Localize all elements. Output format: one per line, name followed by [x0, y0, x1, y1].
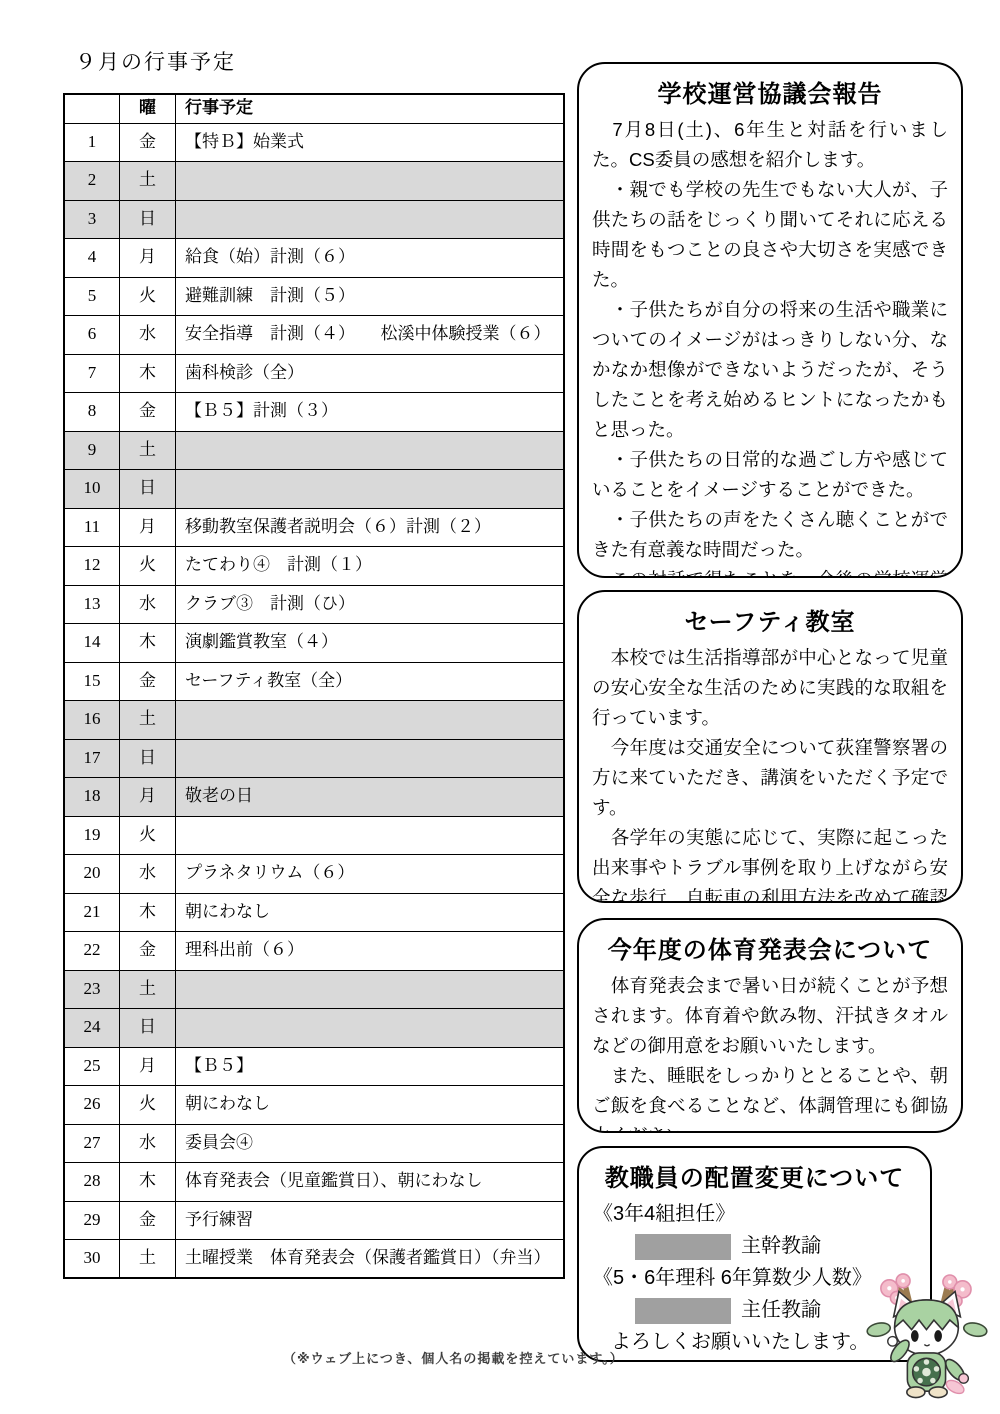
- calendar-cell-date: 24: [64, 1009, 120, 1048]
- calendar-cell-event: クラブ③ 計測（ひ）: [176, 585, 565, 624]
- calendar-cell-event: プラネタリウム（６）: [176, 855, 565, 894]
- staff-line-redacted: 主幹教諭: [589, 1230, 920, 1263]
- calendar-cell-date: 13: [64, 585, 120, 624]
- calendar-cell-day: 土: [120, 701, 176, 740]
- box-paragraph: 各学年の実態に応じて、実際に起こった出来事やトラブル事例を取り上げながら安全な歩…: [592, 823, 948, 903]
- calendar-cell-event: [176, 970, 565, 1009]
- calendar-cell-date: 23: [64, 970, 120, 1009]
- calendar-cell-event: [176, 431, 565, 470]
- calendar-cell-date: 17: [64, 739, 120, 778]
- calendar-row: 1金【特Ｂ】始業式: [64, 123, 564, 162]
- calendar-cell-day: 土: [120, 970, 176, 1009]
- box-paragraph: ・親でも学校の先生でもない大人が、子供たちの話をじっくり聞いてそれに応える時間を…: [592, 175, 948, 295]
- calendar-cell-date: 11: [64, 508, 120, 547]
- box-paragraph: ・子供たちの声をたくさん聴くことができた有意義な時間だった。: [592, 505, 948, 565]
- soccer-ball-icon: [913, 1358, 941, 1386]
- calendar-cell-date: 4: [64, 239, 120, 278]
- calendar-cell-day: 金: [120, 1201, 176, 1240]
- calendar-cell-day: 日: [120, 200, 176, 239]
- calendar-cell-event: [176, 739, 565, 778]
- web-privacy-note: （※ウェブ上につき、個人名の掲載を控えています。）: [283, 1348, 624, 1367]
- calendar-cell-day: 日: [120, 739, 176, 778]
- calendar-cell-event: 土曜授業 体育発表会（保護者鑑賞日）（弁当）: [176, 1240, 565, 1279]
- calendar-cell-date: 19: [64, 816, 120, 855]
- info-boxes: 学校運営協議会報告 7月8日(土)、6年生と対話を行いました。CS委員の感想を紹…: [577, 62, 963, 1362]
- calendar-cell-event: 給食（始）計測（６）: [176, 239, 565, 278]
- calendar-row: 18月敬老の日: [64, 778, 564, 817]
- calendar-cell-date: 9: [64, 431, 120, 470]
- calendar-cell-event: [176, 470, 565, 509]
- calendar-row: 22金理科出前（６）: [64, 932, 564, 971]
- calendar-cell-event: [176, 701, 565, 740]
- calendar-row: 26火朝にわなし: [64, 1086, 564, 1125]
- calendar-row: 21木朝にわなし: [64, 893, 564, 932]
- calendar-cell-date: 1: [64, 123, 120, 162]
- calendar-cell-day: 水: [120, 1124, 176, 1163]
- calendar-cell-date: 26: [64, 1086, 120, 1125]
- calendar-cell-date: 15: [64, 662, 120, 701]
- calendar-cell-date: 25: [64, 1047, 120, 1086]
- box-paragraph: 本校では生活指導部が中心となって児童の安心安全な生活のために実践的な取組を行って…: [592, 643, 948, 733]
- calendar-cell-day: 木: [120, 893, 176, 932]
- calendar-cell-event: 移動教室保護者説明会（６）計測（２）: [176, 508, 565, 547]
- calendar-cell-day: 金: [120, 123, 176, 162]
- calendar-cell-date: 16: [64, 701, 120, 740]
- calendar-cell-event: 理科出前（６）: [176, 932, 565, 971]
- info-box: 今年度の体育発表会について 体育発表会まで暑い日が続くことが予想されます。体育着…: [577, 918, 963, 1133]
- calendar-header-row: 曜 行事予定: [64, 94, 564, 123]
- staff-box-title: 教職員の配置変更について: [589, 1158, 920, 1193]
- box-title: 今年度の体育発表会について: [592, 930, 948, 965]
- calendar-cell-date: 3: [64, 200, 120, 239]
- box-title: 学校運営協議会報告: [592, 74, 948, 109]
- calendar-row: 4月給食（始）計測（６）: [64, 239, 564, 278]
- box-paragraph: ・子供たちが自分の将来の生活や職業についてのイメージがはっきりしない分、なかなか…: [592, 295, 948, 445]
- calendar-cell-day: 月: [120, 239, 176, 278]
- box-paragraph: この対話で得たことを、今後の学校運営への参画に活かしていくことを確認しました。: [592, 565, 948, 578]
- calendar-table: 曜 行事予定 1金【特Ｂ】始業式2土3日4月給食（始）計測（６）5火避難訓練 計…: [63, 93, 565, 1279]
- calendar-cell-day: 金: [120, 932, 176, 971]
- calendar-row: 29金予行練習: [64, 1201, 564, 1240]
- calendar-header-events: 行事予定: [176, 94, 565, 123]
- calendar-cell-date: 29: [64, 1201, 120, 1240]
- calendar-row: 7木歯科検診（全）: [64, 354, 564, 393]
- calendar-row: 11月移動教室保護者説明会（６）計測（２）: [64, 508, 564, 547]
- calendar-cell-date: 18: [64, 778, 120, 817]
- calendar-cell-event: 【Ｂ５】: [176, 1047, 565, 1086]
- calendar-cell-date: 12: [64, 547, 120, 586]
- newsletter-page: ９月の行事予定 曜 行事予定 1金【特Ｂ】始業式2土3日4月給食（始）計測（６）…: [0, 0, 1000, 1414]
- calendar-cell-date: 5: [64, 277, 120, 316]
- calendar-cell-day: 月: [120, 508, 176, 547]
- calendar-row: 6水安全指導 計測（４） 松溪中体験授業（６）: [64, 316, 564, 355]
- calendar-cell-day: 火: [120, 547, 176, 586]
- calendar-cell-date: 8: [64, 393, 120, 432]
- calendar-cell-day: 日: [120, 1009, 176, 1048]
- calendar-row: 19火: [64, 816, 564, 855]
- staff-line-heading: 《3年4組担任》: [589, 1199, 920, 1230]
- staff-role-label: 主任教諭: [741, 1295, 821, 1326]
- calendar-cell-day: 木: [120, 1163, 176, 1202]
- calendar-row: 15金セーフティ教室（全）: [64, 662, 564, 701]
- calendar-cell-event: 歯科検診（全）: [176, 354, 565, 393]
- calendar-cell-event: [176, 162, 565, 201]
- calendar-cell-event: 委員会④: [176, 1124, 565, 1163]
- calendar-row: 13水クラブ③ 計測（ひ）: [64, 585, 564, 624]
- calendar-row: 14木演劇鑑賞教室（４）: [64, 624, 564, 663]
- calendar-cell-day: 火: [120, 816, 176, 855]
- calendar-row: 9土: [64, 431, 564, 470]
- calendar-cell-day: 月: [120, 1047, 176, 1086]
- calendar-cell-day: 金: [120, 662, 176, 701]
- school-mascot-icon: [866, 1272, 988, 1400]
- calendar-cell-event: 朝にわなし: [176, 893, 565, 932]
- redacted-name-box: [635, 1298, 731, 1324]
- calendar-row: 24日: [64, 1009, 564, 1048]
- calendar-cell-event: セーフティ教室（全）: [176, 662, 565, 701]
- info-box: 学校運営協議会報告 7月8日(土)、6年生と対話を行いました。CS委員の感想を紹…: [577, 62, 963, 578]
- calendar-row: 3日: [64, 200, 564, 239]
- calendar-header-day: 曜: [120, 94, 176, 123]
- calendar-cell-day: 水: [120, 316, 176, 355]
- calendar-cell-date: 14: [64, 624, 120, 663]
- calendar-cell-date: 30: [64, 1240, 120, 1279]
- calendar-cell-date: 27: [64, 1124, 120, 1163]
- calendar-cell-event: 【特Ｂ】始業式: [176, 123, 565, 162]
- calendar-cell-day: 金: [120, 393, 176, 432]
- calendar-cell-day: 火: [120, 277, 176, 316]
- calendar-row: 20水プラネタリウム（６）: [64, 855, 564, 894]
- calendar-cell-day: 水: [120, 855, 176, 894]
- info-box: セーフティ教室 本校では生活指導部が中心となって児童の安心安全な生活のために実践…: [577, 590, 963, 903]
- calendar-cell-event: 演劇鑑賞教室（４）: [176, 624, 565, 663]
- calendar-cell-event: [176, 1009, 565, 1048]
- box-paragraph: また、睡眠をしっかりととることや、朝ご飯を食べることなど、体調管理にも御協力くだ…: [592, 1061, 948, 1133]
- box-title: セーフティ教室: [592, 602, 948, 637]
- box-paragraph: 体育発表会まで暑い日が続くことが予想されます。体育着や飲み物、汗拭きタオルなどの…: [592, 971, 948, 1061]
- calendar-cell-date: 6: [64, 316, 120, 355]
- calendar-cell-date: 20: [64, 855, 120, 894]
- calendar-cell-event: 安全指導 計測（４） 松溪中体験授業（６）: [176, 316, 565, 355]
- box-paragraph: 今年度は交通安全について荻窪警察署の方に来ていただき、講演をいただく予定です。: [592, 733, 948, 823]
- calendar-cell-day: 土: [120, 162, 176, 201]
- calendar-cell-event: [176, 816, 565, 855]
- calendar-cell-day: 木: [120, 624, 176, 663]
- calendar-cell-date: 22: [64, 932, 120, 971]
- calendar-row: 12火たてわり④ 計測（１）: [64, 547, 564, 586]
- calendar-cell-event: 体育発表会（児童鑑賞日）、朝にわなし: [176, 1163, 565, 1202]
- calendar-cell-day: 木: [120, 354, 176, 393]
- calendar-row: 17日: [64, 739, 564, 778]
- calendar-cell-event: [176, 200, 565, 239]
- calendar-cell-event: 敬老の日: [176, 778, 565, 817]
- calendar-row: 30土土曜授業 体育発表会（保護者鑑賞日）（弁当）: [64, 1240, 564, 1279]
- calendar-cell-date: 2: [64, 162, 120, 201]
- calendar-row: 28木体育発表会（児童鑑賞日）、朝にわなし: [64, 1163, 564, 1202]
- calendar-row: 23土: [64, 970, 564, 1009]
- calendar-row: 10日: [64, 470, 564, 509]
- calendar-cell-date: 7: [64, 354, 120, 393]
- calendar-cell-event: 朝にわなし: [176, 1086, 565, 1125]
- calendar-row: 25月【Ｂ５】: [64, 1047, 564, 1086]
- calendar-cell-day: 土: [120, 431, 176, 470]
- calendar-header-date: [64, 94, 120, 123]
- staff-role-label: 主幹教諭: [741, 1231, 821, 1262]
- calendar-cell-day: 火: [120, 1086, 176, 1125]
- calendar-row: 8金【Ｂ５】計測（３）: [64, 393, 564, 432]
- calendar-cell-day: 土: [120, 1240, 176, 1279]
- calendar-row: 27水委員会④: [64, 1124, 564, 1163]
- calendar-cell-event: 避難訓練 計測（５）: [176, 277, 565, 316]
- calendar-row: 2土: [64, 162, 564, 201]
- calendar-cell-date: 28: [64, 1163, 120, 1202]
- calendar-cell-day: 月: [120, 778, 176, 817]
- calendar-row: 5火避難訓練 計測（５）: [64, 277, 564, 316]
- calendar-cell-event: たてわり④ 計測（１）: [176, 547, 565, 586]
- calendar-body: 1金【特Ｂ】始業式2土3日4月給食（始）計測（６）5火避難訓練 計測（５）6水安…: [64, 123, 564, 1278]
- box-paragraph: ・子供たちの日常的な過ごし方や感じていることをイメージすることができた。: [592, 445, 948, 505]
- calendar-cell-event: 予行練習: [176, 1201, 565, 1240]
- calendar-row: 16土: [64, 701, 564, 740]
- box-paragraph: 7月8日(土)、6年生と対話を行いました。CS委員の感想を紹介します。: [592, 115, 948, 175]
- redacted-name-box: [635, 1234, 731, 1260]
- calendar-cell-day: 水: [120, 585, 176, 624]
- page-title: ９月の行事予定: [75, 46, 236, 76]
- calendar-cell-date: 21: [64, 893, 120, 932]
- calendar-cell-event: 【Ｂ５】計測（３）: [176, 393, 565, 432]
- calendar-cell-date: 10: [64, 470, 120, 509]
- calendar-cell-day: 日: [120, 470, 176, 509]
